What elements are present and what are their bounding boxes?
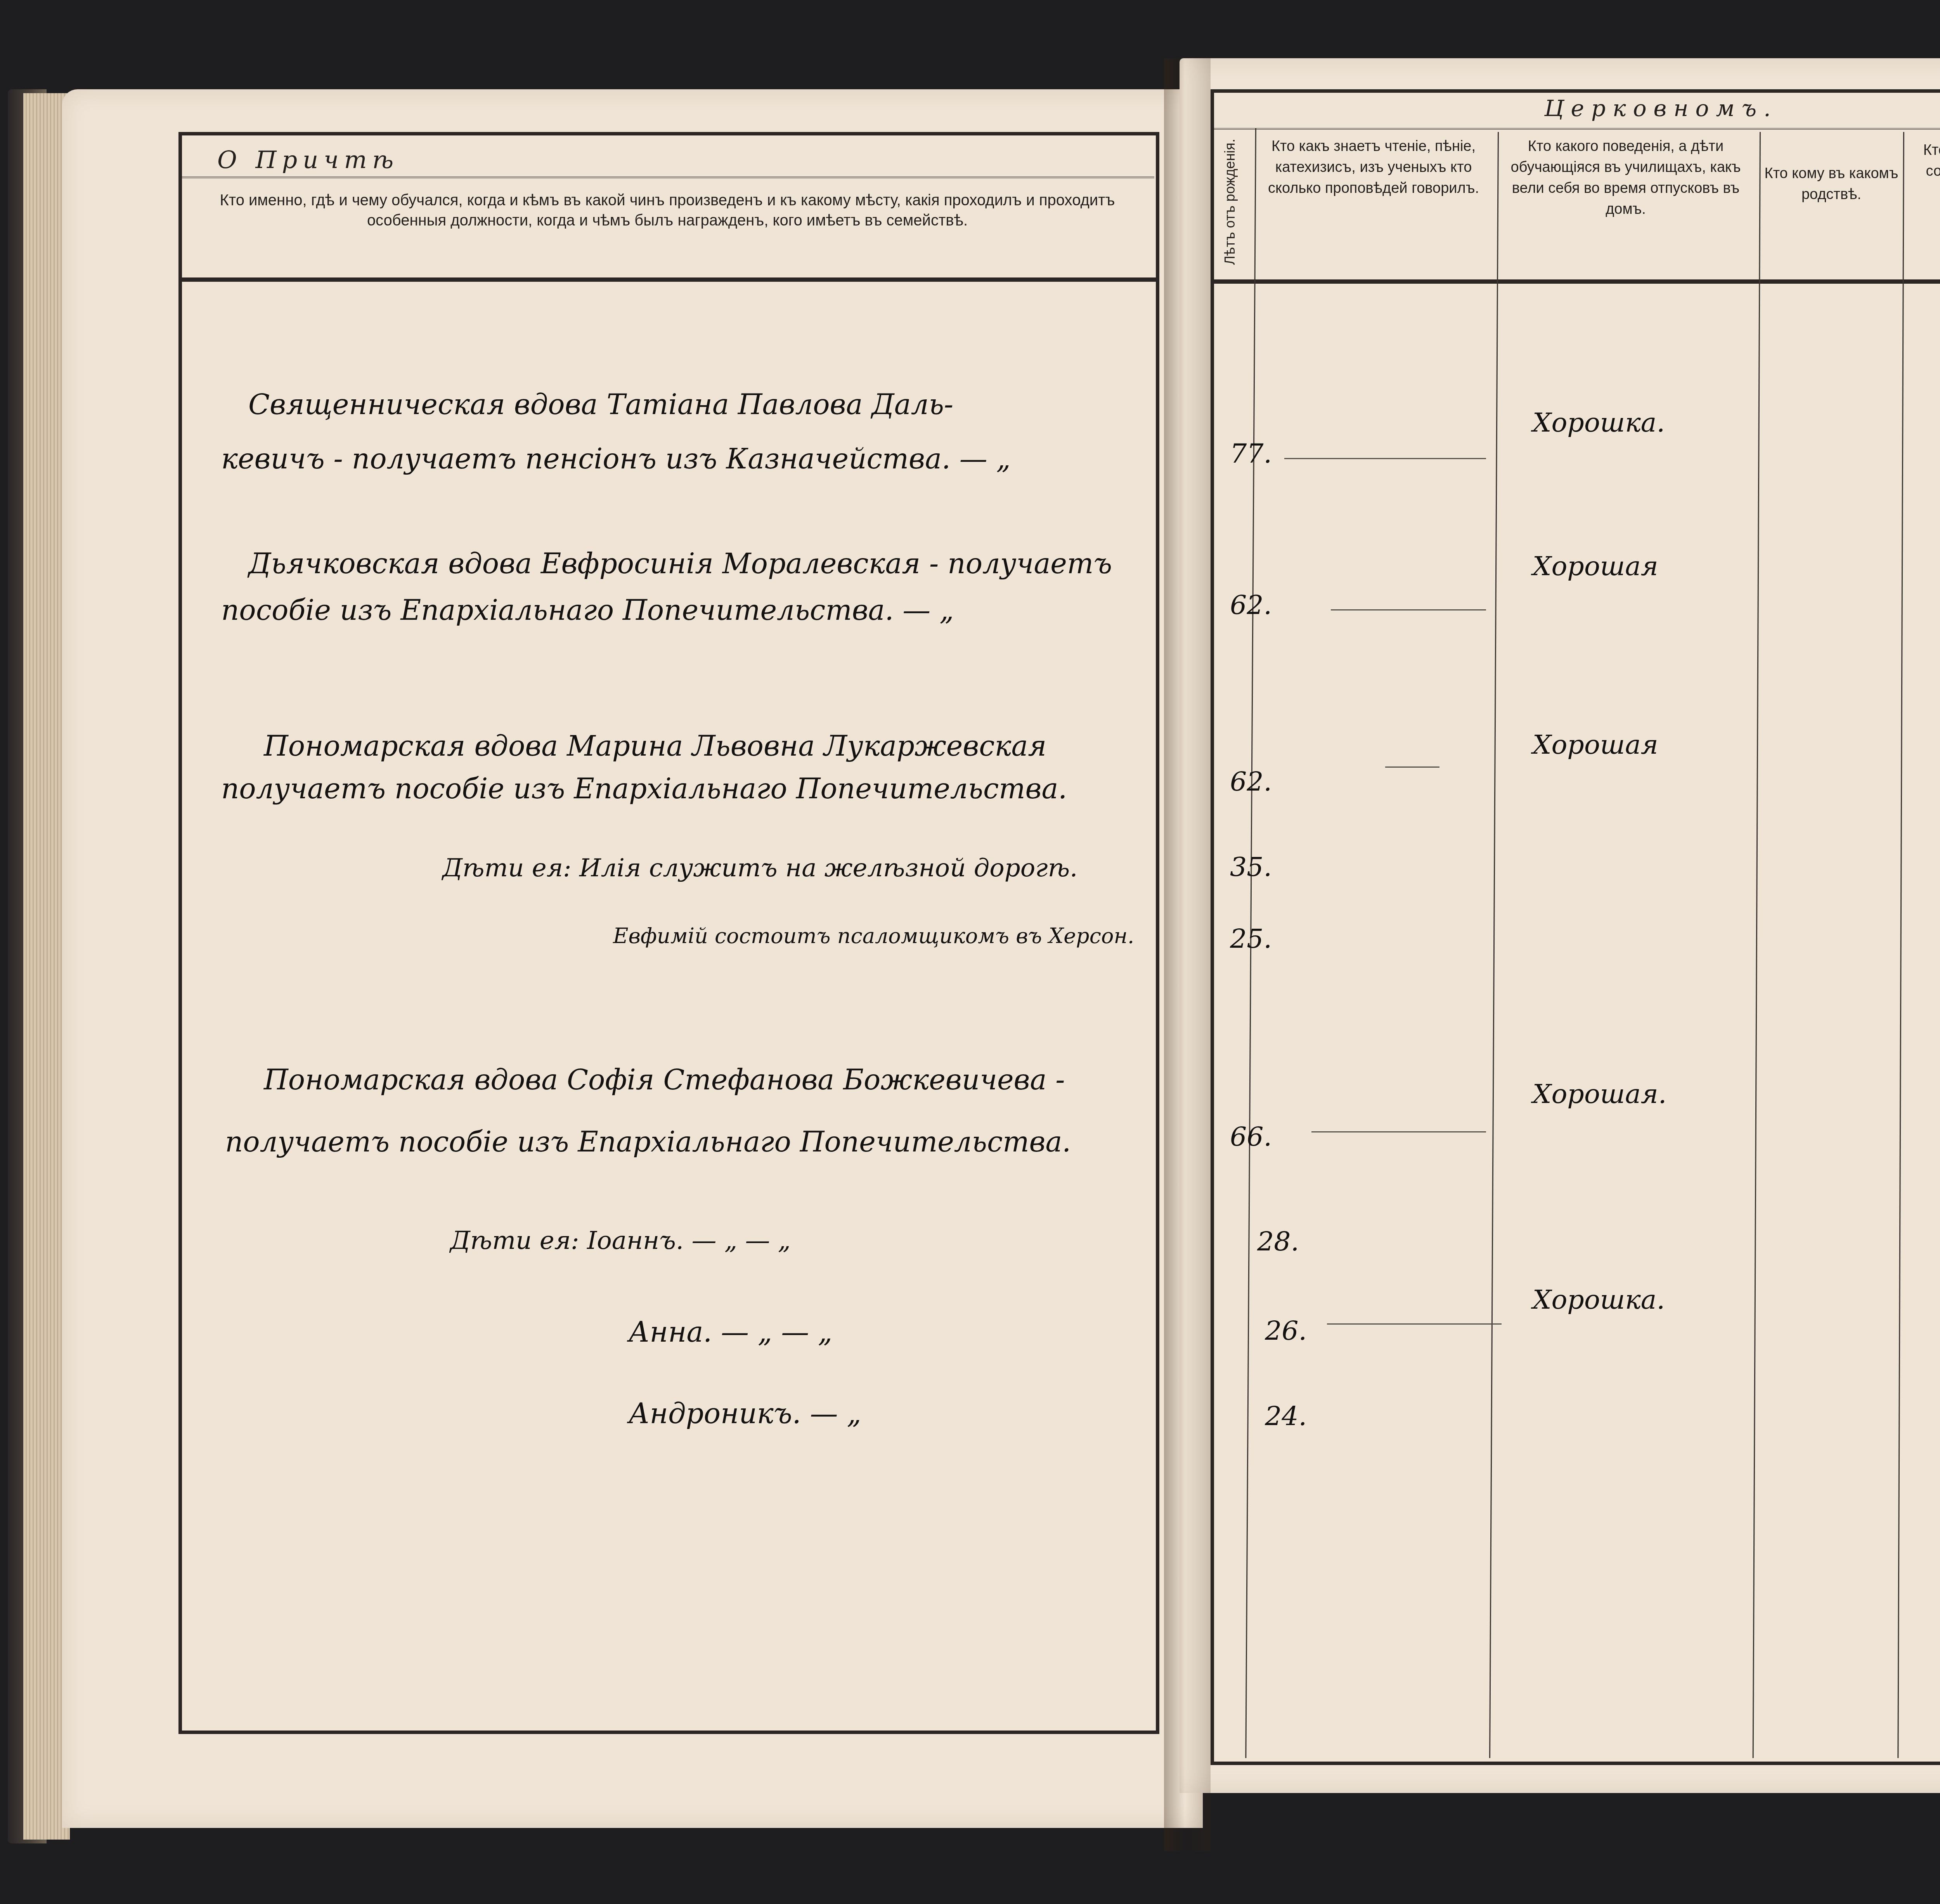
entry-1-line-1: Священническая вдова Татіана Павлова Дал… (248, 388, 953, 421)
right-section-title: Церковномъ. (1544, 95, 1778, 121)
entry-6-conduct: Хорошая. (1533, 1079, 1666, 1110)
entry-2-conduct: Хорошая (1533, 551, 1658, 582)
entry-8-conduct: Хорошка. (1533, 1285, 1665, 1315)
entry-8-line-1: Анна. — „ — „ (629, 1316, 832, 1348)
entry-2-age: 62. (1230, 590, 1272, 621)
entry-6-age: 66. (1230, 1122, 1272, 1152)
column-header-conduct: Кто какого поведенія, а дѣти обучающіяся… (1498, 136, 1754, 220)
book-gutter (1164, 58, 1211, 1851)
column-header-kinship: Кто кому въ какомъ родствѣ. (1762, 163, 1901, 205)
column-header-penalties: Кто когда былъ штрафованъ или не состоял… (1905, 140, 1940, 203)
entry-7-line-1: Дѣти ея: Іоаннъ. — „ — „ (450, 1226, 791, 1255)
column-header-knowledge: Кто какъ знаетъ чтеніе, пѣніе, катехизис… (1259, 136, 1488, 199)
entry-9-age: 24. (1265, 1401, 1307, 1432)
entry-3-line-1: Пономарская вдова Марина Львовна Лукарже… (264, 730, 1046, 762)
entry-6-line-1: Пономарская вдова Софія Стефанова Божкев… (264, 1063, 1065, 1096)
entry-9-line-1: Андроникъ. — „ (629, 1397, 861, 1430)
entry-1-line-2: кевичъ - получаетъ пенсіонъ изъ Казначей… (221, 442, 1011, 475)
entry-2-line-1: Дьячковская вдова Евфросинія Моралевская… (248, 547, 1112, 580)
entry-4-age: 35. (1230, 852, 1272, 883)
entry-6-line-2: получаетъ пособіе изъ Епархіальнаго Попе… (225, 1125, 1071, 1158)
entry-1-age: 77. (1230, 439, 1272, 469)
entry-3-conduct: Хорошая (1533, 730, 1658, 760)
entry-8-age: 26. (1265, 1316, 1307, 1346)
entry-5-age: 25. (1230, 924, 1272, 954)
entry-5-line-1: Евфимій состоитъ псаломщикомъ въ Херсон. (613, 924, 1134, 948)
entry-3-line-2: получаетъ пособіе изъ Епархіальнаго Попе… (221, 772, 1067, 805)
right-header-bottom-rule (1212, 279, 1940, 284)
entry-3-age: 62. (1230, 766, 1272, 797)
entry-8-knowledge-dash (1327, 1323, 1502, 1325)
entry-3-knowledge-dash (1385, 766, 1439, 768)
entry-7-age: 28. (1257, 1226, 1299, 1257)
entry-2-line-2: пособіе изъ Епархіальнаго Попечительства… (221, 594, 954, 626)
entry-2-knowledge-dash (1331, 609, 1486, 610)
right-page-frame (1211, 89, 1940, 1765)
left-header-rule (180, 177, 1154, 178)
entry-1-conduct: Хорошка. (1533, 408, 1665, 438)
entry-4-line-1: Дѣти ея: Илія служитъ на желѣзной дорогѣ… (442, 854, 1077, 883)
entry-1-knowledge-dash (1284, 458, 1486, 459)
left-section-title: О Причтѣ (217, 146, 399, 174)
left-column-header: Кто именно, гдѣ и чему обучался, когда и… (194, 190, 1141, 231)
column-header-age-text: Лѣтъ отъ рожденія. (1222, 139, 1238, 265)
column-header-age: Лѣтъ отъ рожденія. (1207, 128, 1253, 276)
entry-6-knowledge-dash (1311, 1131, 1486, 1132)
right-header-rule (1212, 128, 1940, 130)
